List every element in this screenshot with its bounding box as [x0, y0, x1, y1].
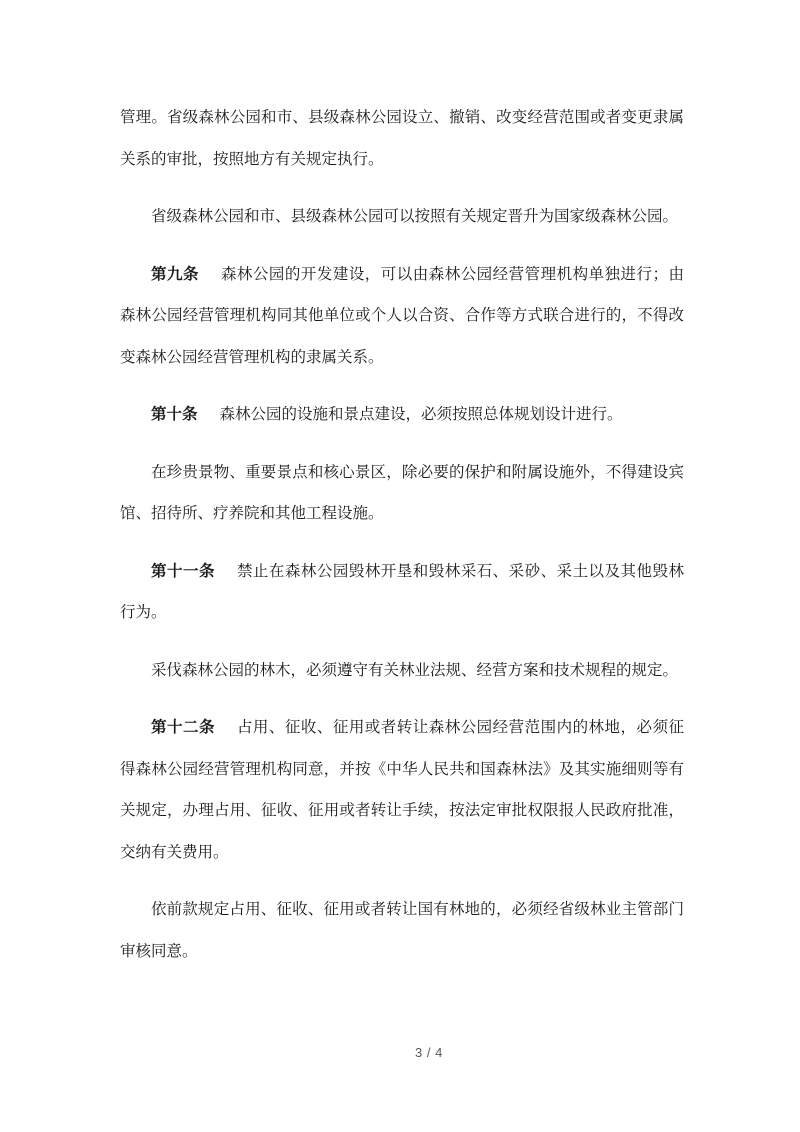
article-number: 第十条 [151, 406, 198, 423]
paragraph: 依前款规定占用、征收、征用或者转让国有林地的，必须经省级林业主管部门审核同意。 [120, 889, 684, 972]
document-body: 管理。省级森林公园和市、县级森林公园设立、撤销、改变经营范围或者变更隶属关系的审… [120, 97, 684, 972]
article-number: 第九条 [151, 266, 199, 283]
paragraph: 采伐森林公园的林木，必须遵守有关林业法规、经营方案和技术规程的规定。 [120, 650, 684, 692]
paragraph-article-9: 第九条森林公园的开发建设，可以由森林公园经营管理机构单独进行；由森林公园经营管理… [120, 254, 684, 379]
paragraph-article-11: 第十一条禁止在森林公园毁林开垦和毁林采石、采砂、采土以及其他毁林行为。 [120, 551, 684, 634]
paragraph-article-12: 第十二条占用、征收、征用或者转让森林公园经营范围内的林地，必须征得森林公园经营管… [120, 707, 684, 873]
page-footer: 3 / 4 [415, 1046, 443, 1060]
document-page: 管理。省级森林公园和市、县级森林公园设立、撤销、改变经营范围或者变更隶属关系的审… [0, 0, 800, 1132]
article-number: 第十一条 [151, 563, 215, 580]
paragraph-article-10: 第十条森林公园的设施和景点建设，必须按照总体规划设计进行。 [120, 394, 684, 436]
paragraph: 省级森林公园和市、县级森林公园可以按照有关规定晋升为国家级森林公园。 [120, 196, 684, 238]
article-text: 占用、征收、征用或者转让森林公园经营范围内的林地，必须征得森林公园经营管理机构同… [120, 719, 684, 861]
page-number: 3 / 4 [415, 1045, 443, 1060]
article-number: 第十二条 [151, 719, 215, 736]
paragraph: 在珍贵景物、重要景点和核心景区，除必要的保护和附属设施外，不得建设宾馆、招待所、… [120, 452, 684, 535]
paragraph-continuation: 管理。省级森林公园和市、县级森林公园设立、撤销、改变经营范围或者变更隶属关系的审… [120, 97, 684, 180]
article-text: 森林公园的开发建设，可以由森林公园经营管理机构单独进行；由森林公园经营管理机构同… [120, 266, 684, 366]
article-text: 森林公园的设施和景点建设，必须按照总体规划设计进行。 [220, 406, 623, 423]
